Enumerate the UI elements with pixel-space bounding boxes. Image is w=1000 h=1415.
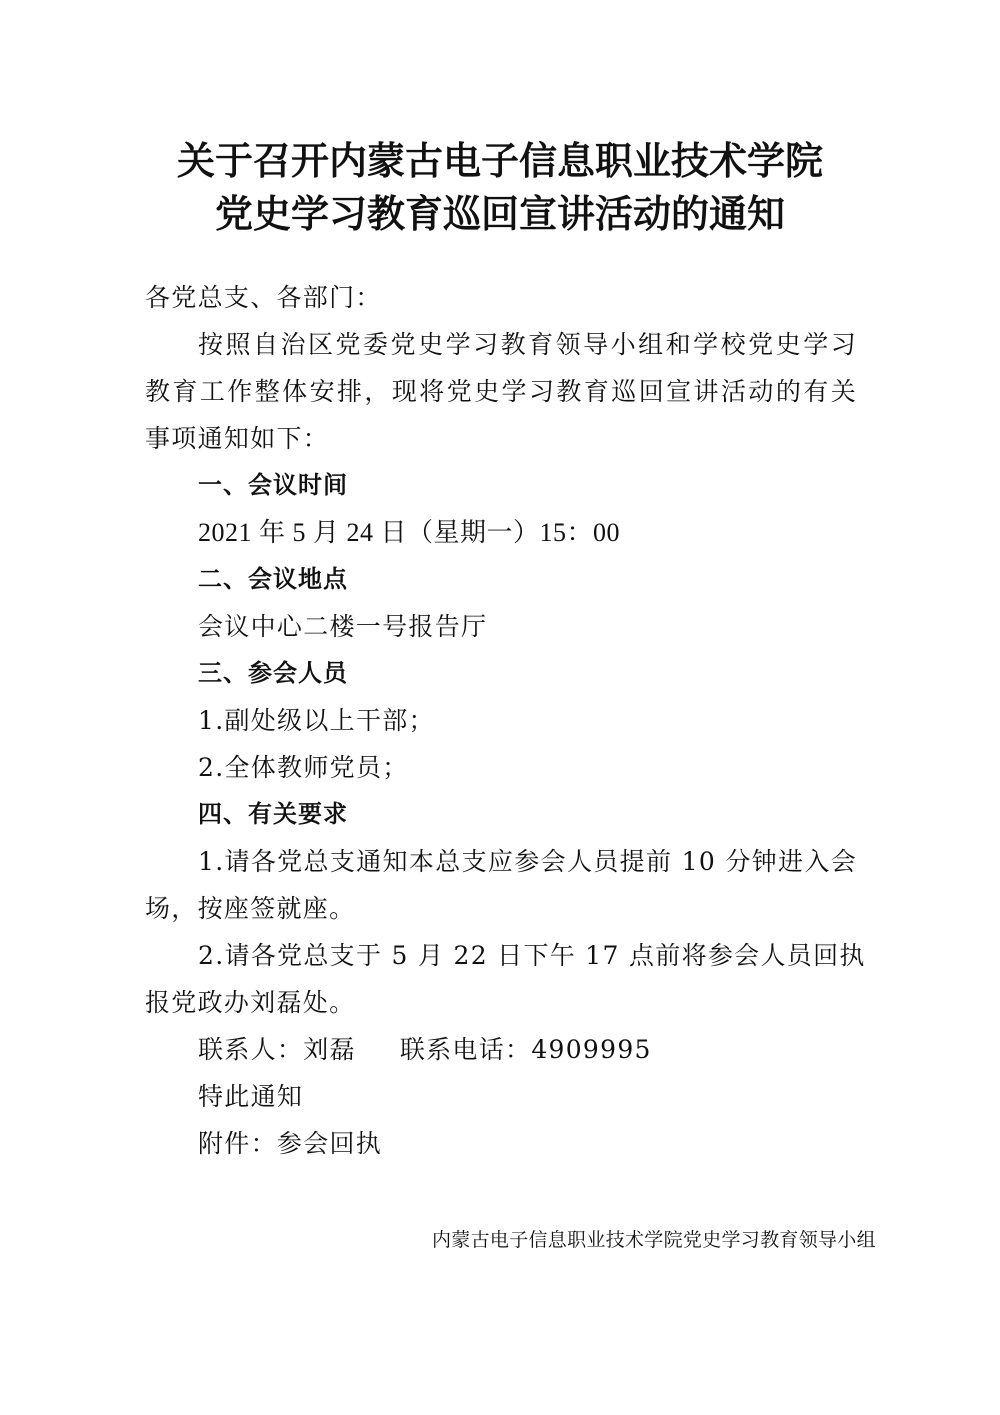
meeting-time: 2021 年 5 月 24 日（星期一）15：00: [198, 520, 620, 546]
intro-line-3: 事项通知如下：: [145, 426, 329, 451]
requirement-1-line-1: 1.请各党总支通知本总支应参会人员提前 10 分钟进入会: [198, 849, 857, 874]
document-title-line-1: 关于召开内蒙古电子信息职业技术学院: [0, 142, 1000, 180]
signature: 内蒙古电子信息职业技术学院党史学习教育领导小组: [432, 1225, 876, 1252]
intro-line-1: 按照自治区党委党史学习教育领导小组和学校党史学习: [198, 332, 857, 357]
attendee-item-2: 2.全体教师党员；: [198, 755, 409, 780]
requirement-1-line-2: 场，按座签就座。: [145, 896, 355, 921]
contact-phone: 联系电话：4909995: [400, 1035, 652, 1064]
section-heading-requirements: 四、有关要求: [198, 802, 348, 826]
requirement-2-line-2: 报党政办刘磊处。: [145, 990, 355, 1015]
closing-text: 特此通知: [198, 1084, 303, 1109]
section-heading-location: 二、会议地点: [198, 567, 348, 591]
section-heading-attendees: 三、参会人员: [198, 661, 348, 685]
section-heading-time: 一、会议时间: [198, 473, 348, 497]
intro-line-2: 教育工作整体安排，现将党史学习教育巡回宣讲活动的有关: [145, 379, 857, 404]
attendee-item-1: 1.副处级以上干部；: [198, 708, 435, 733]
contact-person: 联系人：刘磊: [198, 1035, 356, 1064]
meeting-location: 会议中心二楼一号报告厅: [198, 614, 487, 639]
attachment-link[interactable]: 附件：参会回执: [198, 1131, 382, 1156]
salutation: 各党总支、各部门：: [145, 285, 382, 310]
requirement-2-line-1: 2.请各党总支于 5 月 22 日下午 17 点前将参会人员回执: [198, 943, 857, 968]
contact-line: 联系人：刘磊联系电话：4909995: [198, 1037, 652, 1062]
document-title-line-2: 党史学习教育巡回宣讲活动的通知: [0, 195, 1000, 233]
